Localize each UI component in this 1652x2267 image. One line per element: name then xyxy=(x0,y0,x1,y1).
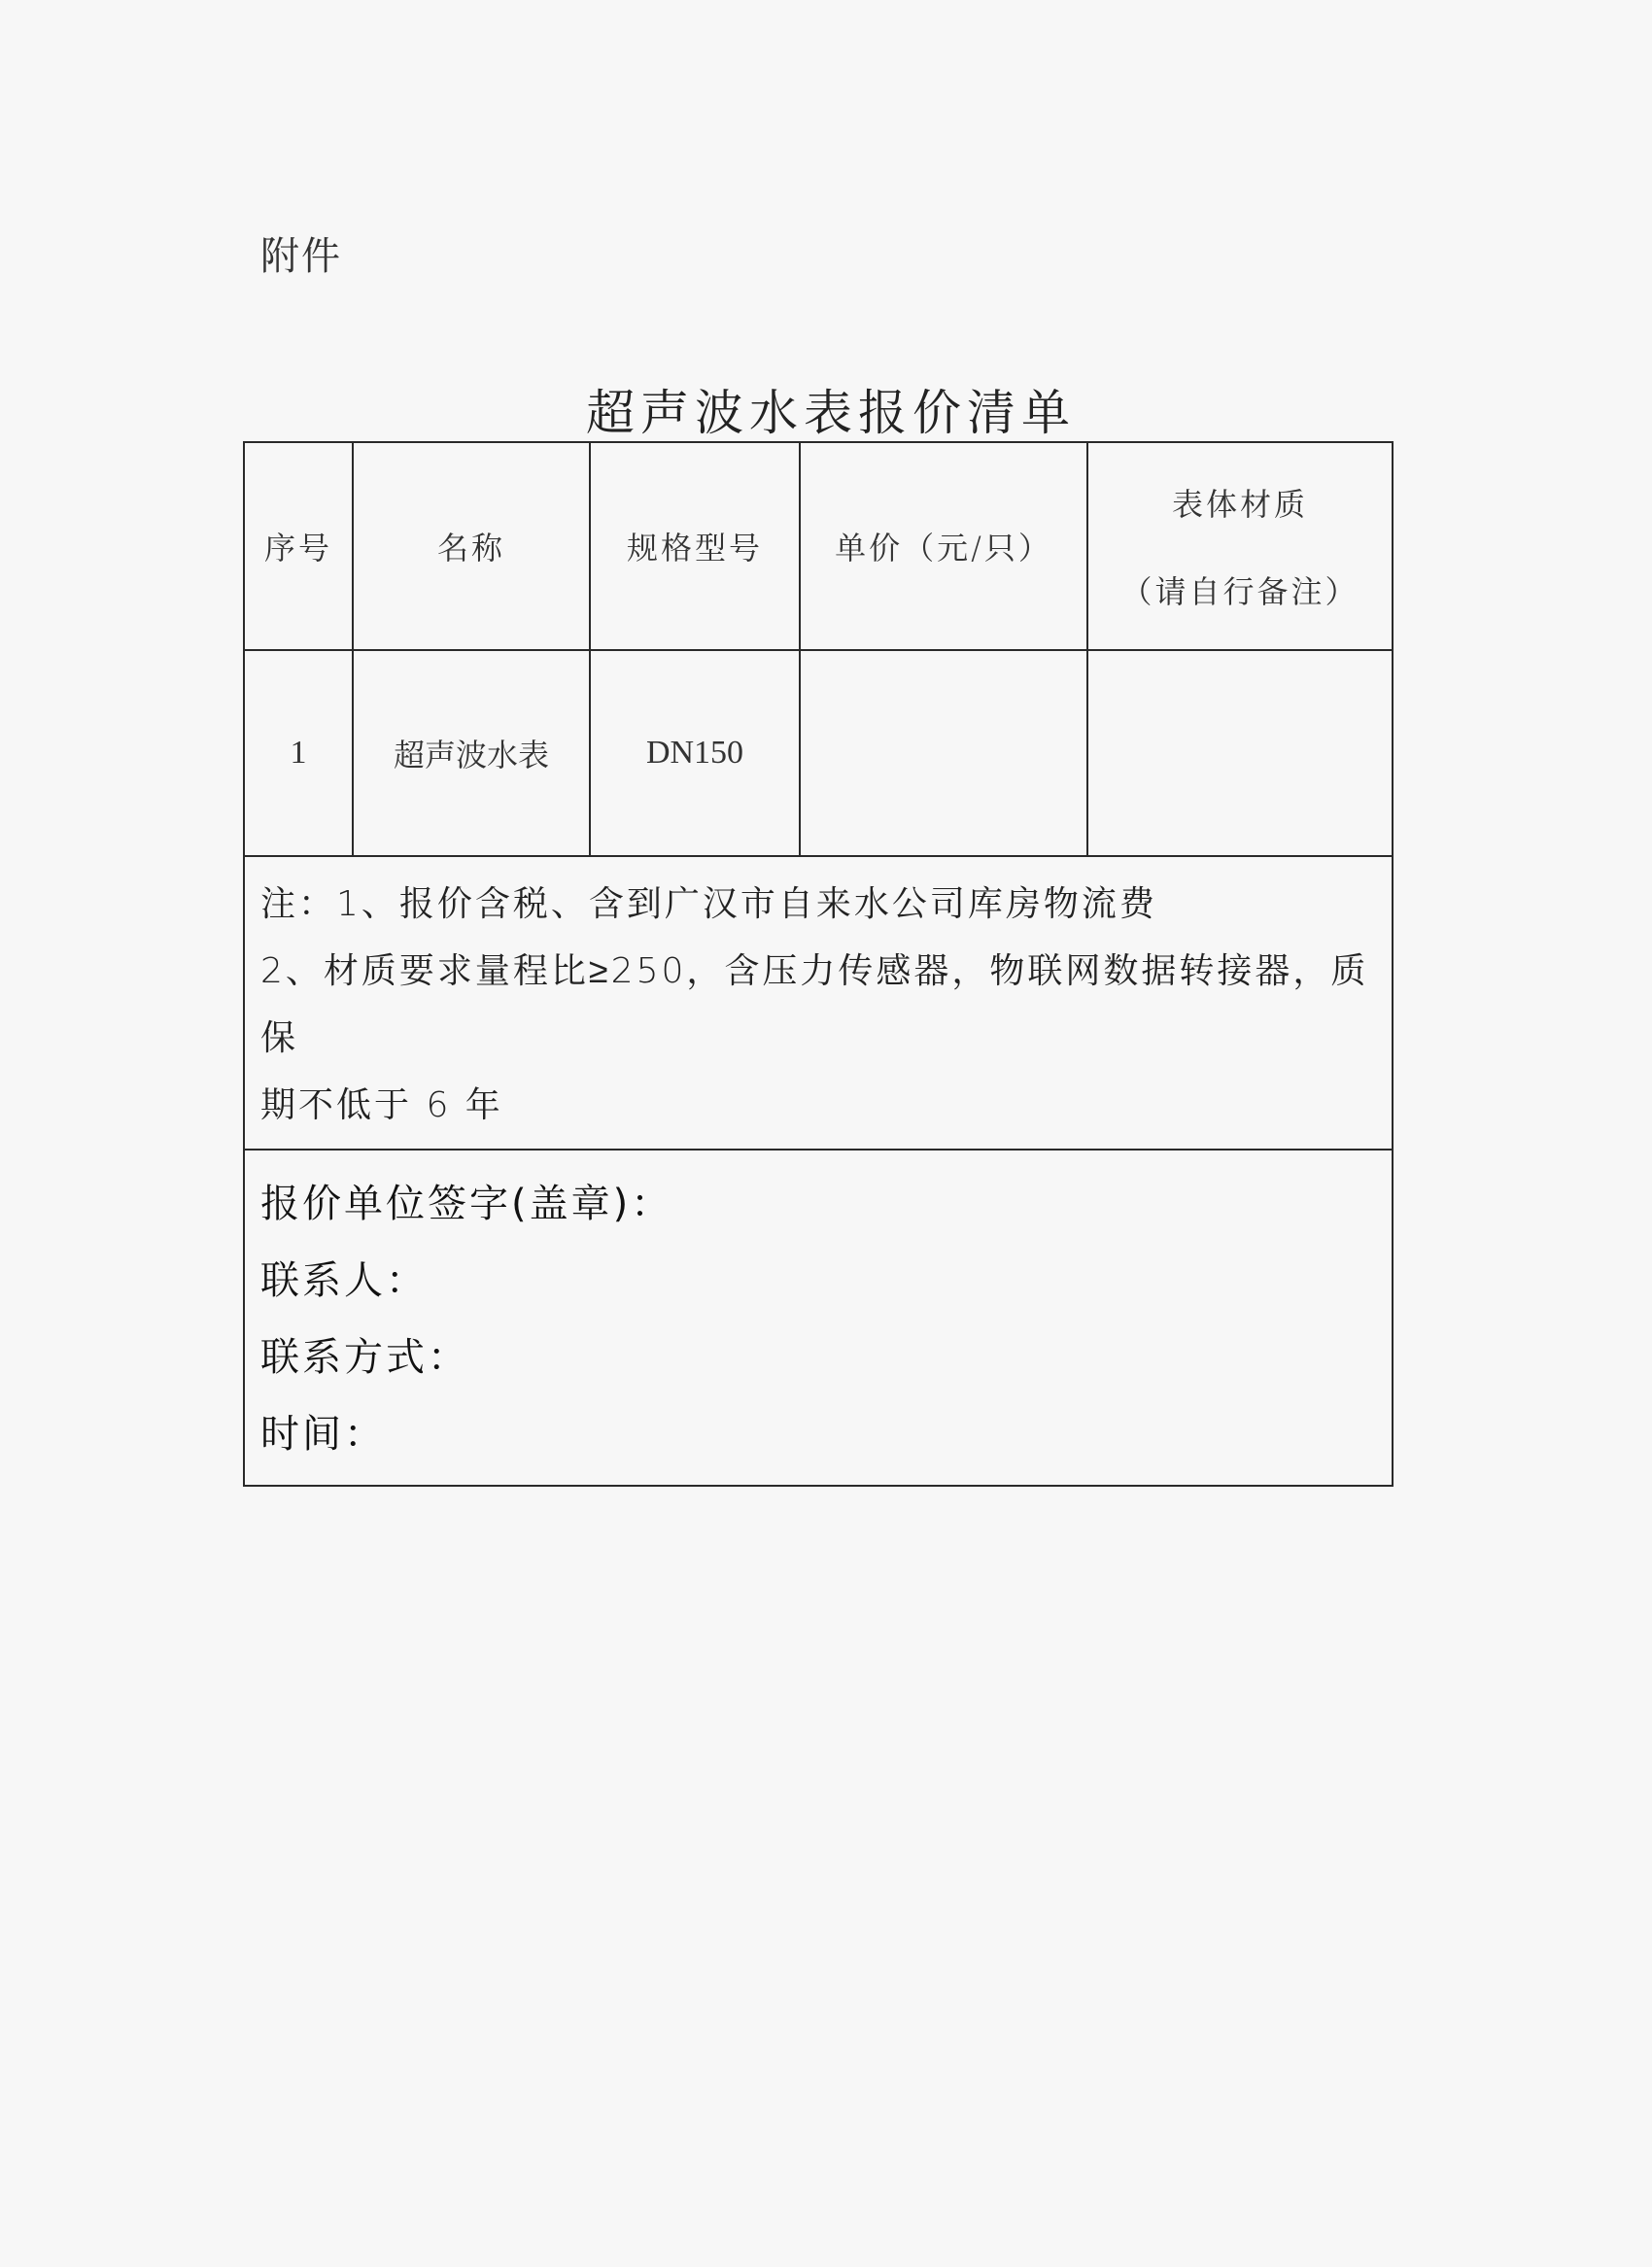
document-title: 超声波水表报价清单 xyxy=(0,374,1652,444)
header-spec: 规格型号 xyxy=(590,442,800,650)
contact-method-field[interactable]: 联系方式： xyxy=(260,1320,1378,1396)
date-field[interactable]: 时间： xyxy=(260,1396,1378,1473)
notes-row: 注：1、报价含税、含到广汉市自来水公司库房物流费 2、材质要求量程比≥250，含… xyxy=(244,856,1393,1150)
table-row: 1 超声波水表 DN150 xyxy=(244,650,1393,856)
note-line-1: 注：1、报价含税、含到广汉市自来水公司库房物流费 xyxy=(260,871,1378,938)
notes-cell: 注：1、报价含税、含到广汉市自来水公司库房物流费 2、材质要求量程比≥250，含… xyxy=(244,856,1393,1150)
header-index: 序号 xyxy=(244,442,353,650)
note-line-2: 2、材质要求量程比≥250，含压力传感器，物联网数据转接器，质保 xyxy=(260,938,1378,1072)
cell-spec: DN150 xyxy=(590,650,800,856)
cell-index: 1 xyxy=(244,650,353,856)
note-line-3: 期不低于 6 年 xyxy=(260,1072,1378,1139)
company-sign-field[interactable]: 报价单位签字(盖章)： xyxy=(260,1166,1378,1243)
header-unit-price: 单价（元/只） xyxy=(800,442,1087,650)
header-material-note: （请自行备注） xyxy=(1088,567,1392,612)
contact-person-field[interactable]: 联系人： xyxy=(260,1243,1378,1320)
attachment-label: 附件 xyxy=(260,225,342,281)
quote-table: 序号 名称 规格型号 单价（元/只） 表体材质 （请自行备注） 1 超声波水表 … xyxy=(243,441,1394,1487)
signature-cell: 报价单位签字(盖章)： 联系人： 联系方式： 时间： xyxy=(244,1150,1393,1486)
cell-name: 超声波水表 xyxy=(353,650,590,856)
cell-unit-price[interactable] xyxy=(800,650,1087,856)
table-header-row: 序号 名称 规格型号 单价（元/只） 表体材质 （请自行备注） xyxy=(244,442,1393,650)
header-material-label: 表体材质 xyxy=(1088,480,1392,525)
header-material: 表体材质 （请自行备注） xyxy=(1087,442,1393,650)
cell-material[interactable] xyxy=(1087,650,1393,856)
signature-row: 报价单位签字(盖章)： 联系人： 联系方式： 时间： xyxy=(244,1150,1393,1486)
header-name: 名称 xyxy=(353,442,590,650)
